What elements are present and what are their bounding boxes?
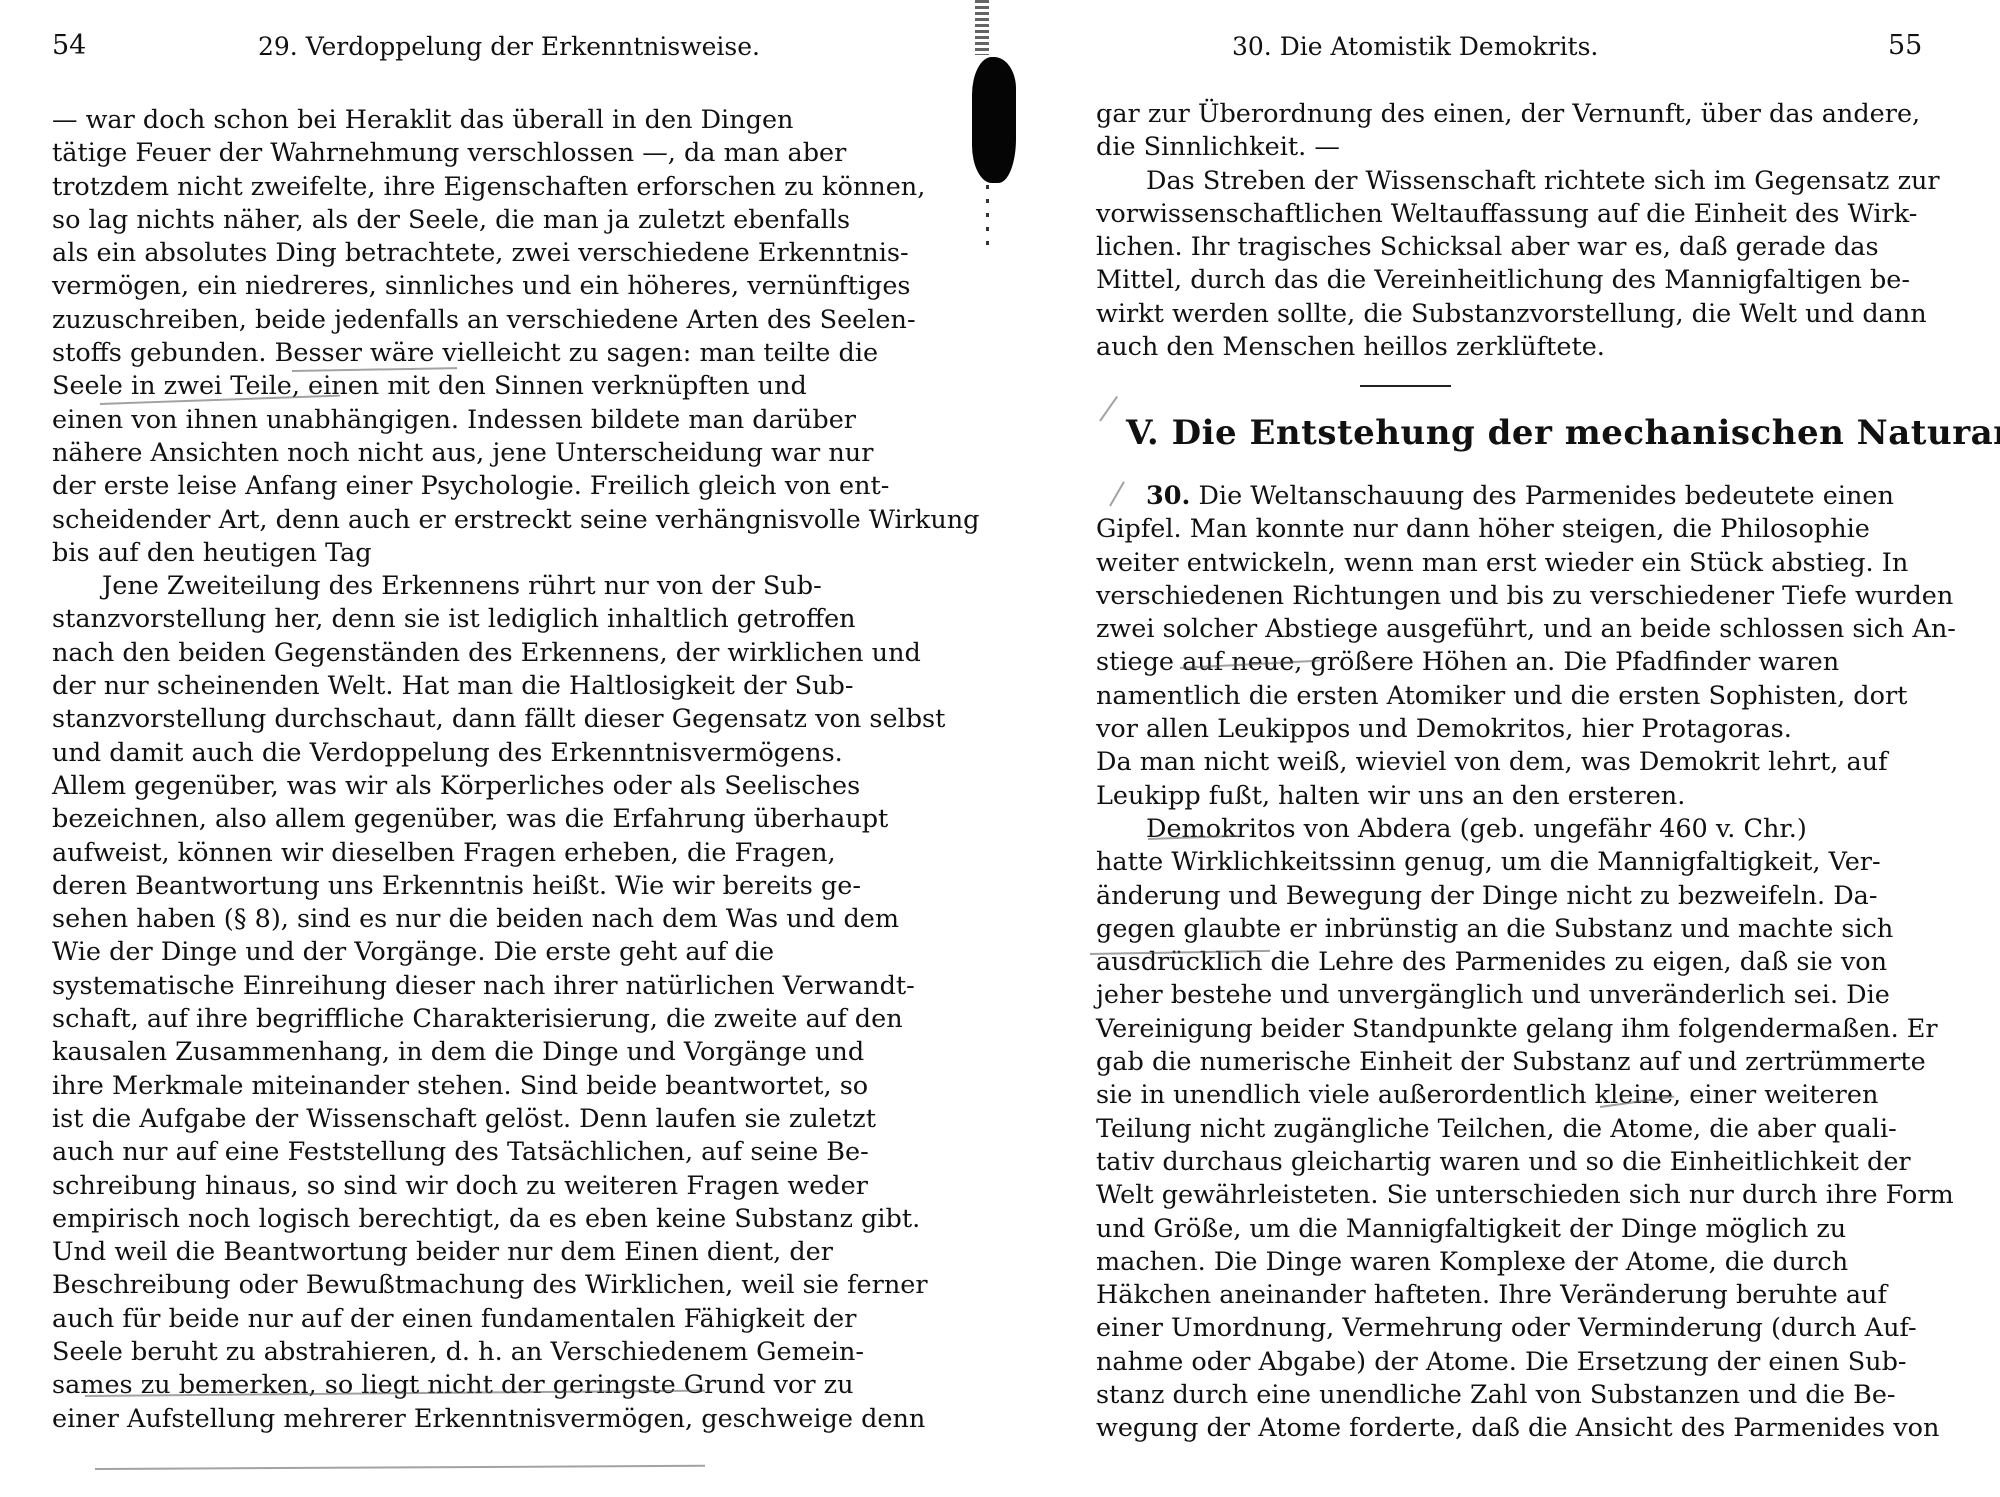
text-line: schaft, auf ihre begriffliche Charakteri…: [52, 1003, 697, 1036]
text-line: machen. Die Dinge waren Komplexe der Ato…: [1096, 1246, 1568, 1279]
page-number: 54: [52, 30, 86, 61]
section-first-line-text: Die Weltanschauung des Parmenides bedeut…: [1198, 481, 1893, 511]
text-line: Gipfel. Man konnte nur dann höher steige…: [1096, 513, 1568, 546]
paragraph-start-line: Jene Zweiteilung des Erkennens rührt nur…: [52, 570, 697, 603]
text-line: auch für beide nur auf der einen fundame…: [52, 1303, 697, 1336]
text-line: Und weil die Beantwortung beider nur dem…: [52, 1236, 697, 1269]
text-line: stanzvorstellung durchschaut, dann fällt…: [52, 703, 697, 736]
text-line: Da man nicht weiß, wieviel von dem, was …: [1096, 746, 1568, 779]
text-line: stoffs gebunden. Besser wäre vielleicht …: [52, 337, 697, 370]
text-line: nähere Ansichten noch nicht aus, jene Un…: [52, 437, 697, 470]
ink-trail-gutter: [986, 185, 989, 245]
text-line: stiege auf neue, größere Höhen an. Die P…: [1096, 646, 1568, 679]
text-line: als ein absolutes Ding betrachtete, zwei…: [52, 237, 697, 270]
text-line: einer Umordnung, Vermehrung oder Vermind…: [1096, 1312, 1568, 1345]
page-number: 55: [1888, 30, 1922, 61]
paragraph-start-line: Das Streben der Wissenschaft richtete si…: [1096, 165, 1568, 198]
text-line: Wie der Dinge und der Vorgänge. Die erst…: [52, 936, 697, 969]
text-line: Leukipp fußt, halten wir uns an den erst…: [1096, 780, 1568, 813]
ink-smudge-top: [975, 0, 989, 55]
text-line: Teilung nicht zugängliche Teilchen, die …: [1096, 1113, 1568, 1146]
running-header: 29. Verdoppelung der Erkenntnisweise.: [258, 32, 760, 61]
text-line: aufweist, können wir dieselben Fragen er…: [52, 837, 697, 870]
text-line: Mittel, durch das die Vereinheitlichung …: [1096, 264, 1568, 297]
text-line: gab die numerische Einheit der Substanz …: [1096, 1046, 1568, 1079]
text-line: wegung der Atome forderte, daß die Ansic…: [1096, 1412, 1568, 1445]
text-line: deren Beantwortung uns Erkenntnis heißt.…: [52, 870, 697, 903]
pencil-underline: [95, 1465, 705, 1470]
text-line: auch den Menschen heillos zerklüftete.: [1096, 331, 1568, 364]
paragraph-start-line: Demokritos von Abdera (geb. ungefähr 460…: [1096, 813, 1568, 846]
text-line: gar zur Überordnung des einen, der Vernu…: [1096, 98, 1568, 131]
text-line: wirkt werden sollte, die Substanzvorstel…: [1096, 298, 1568, 331]
text-line: stanzvorstellung her, denn sie ist ledig…: [52, 603, 697, 636]
running-header: 30. Die Atomistik Demokrits.: [1232, 32, 1598, 61]
text-line: Welt gewährleisteten. Sie unterschieden …: [1096, 1179, 1568, 1212]
text-line: kausalen Zusammenhang, in dem die Dinge …: [52, 1036, 697, 1069]
ink-blot-gutter: [972, 57, 1016, 183]
text-line: Seele beruht zu abstrahieren, d. h. an V…: [52, 1336, 697, 1369]
text-line: Häkchen aneinander hafteten. Ihre Veränd…: [1096, 1279, 1568, 1312]
text-line: tätige Feuer der Wahrnehmung verschlosse…: [52, 137, 697, 170]
text-line: zuzuschreiben, beide jedenfalls an versc…: [52, 304, 697, 337]
text-line: gegen glaubte er inbrünstig an die Subst…: [1096, 913, 1568, 946]
text-line: sehen haben (§ 8), sind es nur die beide…: [52, 903, 697, 936]
text-line: der erste leise Anfang einer Psychologie…: [52, 470, 697, 503]
pencil-margin-mark: [1099, 396, 1118, 422]
section-number: 30.: [1146, 481, 1190, 511]
section-start-line: 30. Die Weltanschauung des Parmenides be…: [1096, 480, 1568, 513]
text-line: änderung und Bewegung der Dinge nicht zu…: [1096, 880, 1568, 913]
text-line: stanz durch eine unendliche Zahl von Sub…: [1096, 1379, 1568, 1412]
text-line: schreibung hinaus, so sind wir doch zu w…: [52, 1170, 697, 1203]
text-line: ist die Aufgabe der Wissenschaft gelöst.…: [52, 1103, 697, 1136]
text-line: Beschreibung oder Bewußtmachung des Wirk…: [52, 1269, 697, 1302]
body-text-bottom: 30. Die Weltanschauung des Parmenides be…: [1096, 480, 1568, 1446]
text-line: lichen. Ihr tragisches Schicksal aber wa…: [1096, 231, 1568, 264]
text-line: ihre Merkmale miteinander stehen. Sind b…: [52, 1070, 697, 1103]
text-line: hatte Wirklichkeitssinn genug, um die Ma…: [1096, 846, 1568, 879]
text-line: verschiedenen Richtungen und bis zu vers…: [1096, 580, 1568, 613]
text-line: namentlich die ersten Atomiker und die e…: [1096, 680, 1568, 713]
text-line: so lag nichts näher, als der Seele, die …: [52, 204, 697, 237]
text-line: scheidender Art, denn auch er erstreckt …: [52, 504, 697, 537]
text-line: bis auf den heutigen Tag: [52, 537, 697, 570]
right-page: 30. Die Atomistik Demokrits. 55 gar zur …: [1080, 0, 2000, 1497]
text-line: sie in unendlich viele außerordentlich k…: [1096, 1079, 1568, 1112]
text-line: tativ durchaus gleichartig waren und so …: [1096, 1146, 1568, 1179]
text-line: der nur scheinenden Welt. Hat man die Ha…: [52, 670, 697, 703]
chapter-heading: V. Die Entstehung der mechanischen Natur…: [1126, 413, 2000, 453]
text-line: die Sinnlichkeit. —: [1096, 131, 1568, 164]
text-line: empirisch noch logisch berechtigt, da es…: [52, 1203, 697, 1236]
text-line: — war doch schon bei Heraklit das überal…: [52, 104, 697, 137]
text-line: vermögen, ein niedreres, sinnliches und …: [52, 270, 697, 303]
text-line: zwei solcher Abstiege ausgeführt, und an…: [1096, 613, 1568, 646]
text-line: bezeichnen, also allem gegenüber, was di…: [52, 803, 697, 836]
text-line: sames zu bemerken, so liegt nicht der ge…: [52, 1369, 697, 1402]
text-line: und Größe, um die Mannigfaltigkeit der D…: [1096, 1213, 1568, 1246]
text-line: Vereinigung beider Standpunkte gelang ih…: [1096, 1013, 1568, 1046]
text-line: Allem gegenüber, was wir als Körperliche…: [52, 770, 697, 803]
text-line: Seele in zwei Teile, einen mit den Sinne…: [52, 370, 697, 403]
text-line: vorwissenschaftlichen Weltauffassung auf…: [1096, 198, 1568, 231]
text-line: weiter entwickeln, wenn man erst wieder …: [1096, 547, 1568, 580]
text-line: systematische Einreihung dieser nach ihr…: [52, 970, 697, 1003]
left-page: 54 29. Verdoppelung der Erkenntnisweise.…: [0, 0, 920, 1497]
text-line: einen von ihnen unabhängigen. Indessen b…: [52, 404, 697, 437]
text-line: jeher bestehe und unvergänglich und unve…: [1096, 979, 1568, 1012]
text-line: auch nur auf eine Feststellung des Tatsä…: [52, 1136, 697, 1169]
text-line: einer Aufstellung mehrerer Erkenntnisver…: [52, 1403, 697, 1436]
body-text: — war doch schon bei Heraklit das überal…: [52, 104, 697, 1436]
text-line: nahme oder Abgabe) der Atome. Die Ersetz…: [1096, 1346, 1568, 1379]
body-text-top: gar zur Überordnung des einen, der Vernu…: [1096, 98, 1568, 364]
text-line: vor allen Leukippos und Demokritos, hier…: [1096, 713, 1568, 746]
text-line: und damit auch die Verdoppelung des Erke…: [52, 737, 697, 770]
text-line: trotzdem nicht zweifelte, ihre Eigenscha…: [52, 171, 697, 204]
text-line: nach den beiden Gegenständen des Erkenne…: [52, 637, 697, 670]
section-divider: [1360, 385, 1451, 387]
